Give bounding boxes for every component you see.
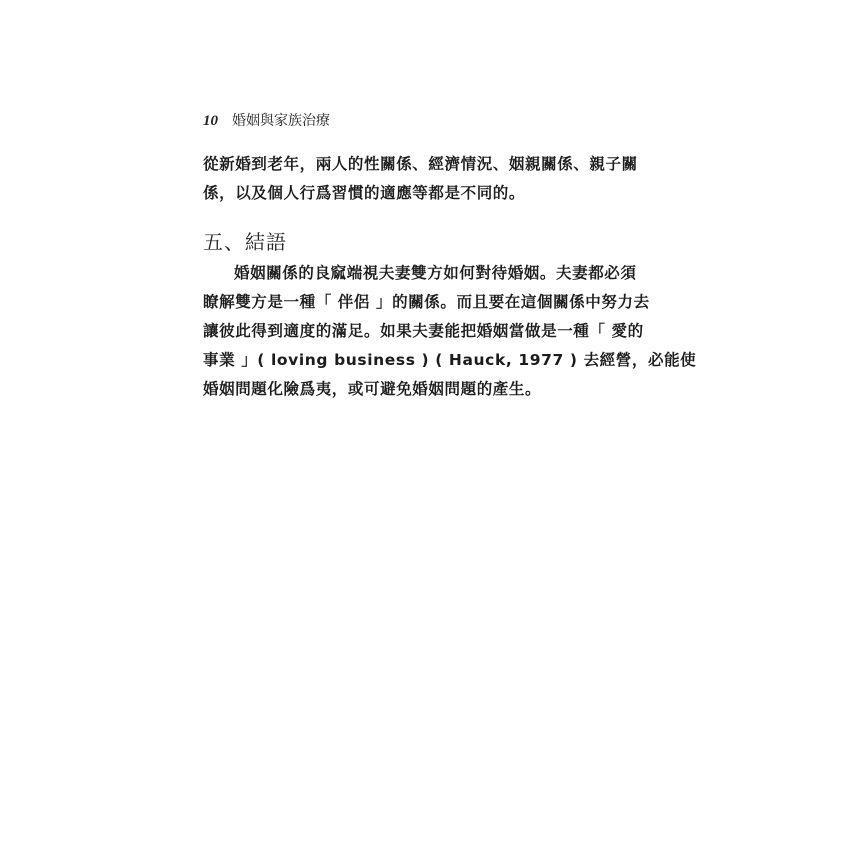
book-page: 10 婚姻與家族治療 從新婚到老年，兩人的性關係、經濟情況、姻親關係、親子關 係… — [0, 0, 850, 850]
section-heading: 五、結語 — [203, 226, 287, 255]
book-title: 婚姻與家族治療 — [232, 110, 330, 130]
text-line: 事業 」( loving business ) ( Hauck, 1977 ) … — [203, 346, 643, 375]
paragraph-continued: 從新婚到老年，兩人的性關係、經濟情況、姻親關係、親子關 係，以及個人行爲習慣的適… — [203, 150, 643, 208]
text-line: 係，以及個人行爲習慣的適應等都是不同的。 — [203, 179, 643, 208]
text-line: 讓彼此得到適度的滿足。如果夫妻能把婚姻當做是一種「 愛的 — [203, 317, 643, 346]
text-line: 婚姻關係的良窳端視夫妻雙方如何對待婚姻。夫妻都必須 — [203, 259, 643, 288]
text-line: 瞭解雙方是一種「 伴侶 」的關係。而且要在這個關係中努力去 — [203, 288, 643, 317]
conclusion-paragraph: 婚姻關係的良窳端視夫妻雙方如何對待婚姻。夫妻都必須 瞭解雙方是一種「 伴侶 」的… — [203, 259, 643, 404]
running-head: 10 婚姻與家族治療 — [203, 110, 330, 130]
text-line: 從新婚到老年，兩人的性關係、經濟情況、姻親關係、親子關 — [203, 150, 643, 179]
page-number: 10 — [203, 113, 218, 130]
text-line: 婚姻問題化險爲夷，或可避免婚姻問題的產生。 — [203, 375, 643, 404]
